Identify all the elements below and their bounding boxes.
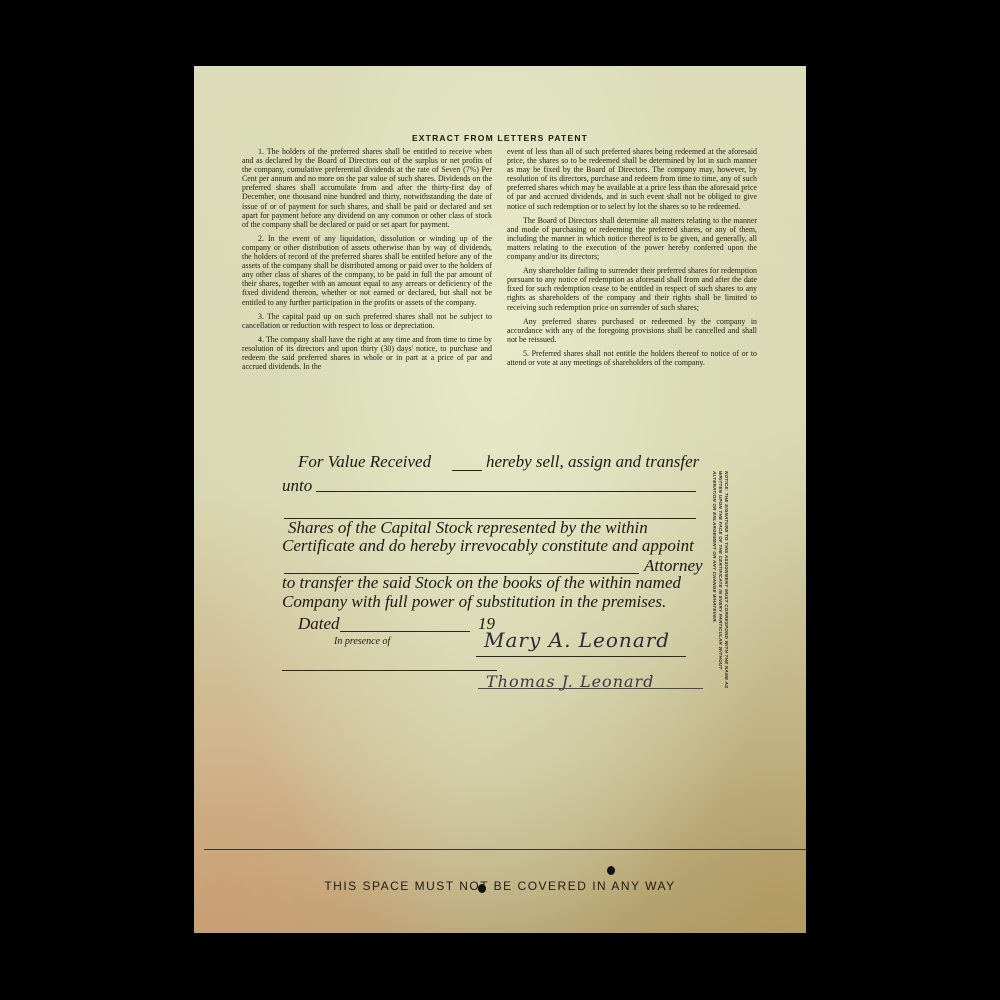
in-presence-label: In presence of [334,636,390,647]
transfer-label: to transfer the said Stock on the books … [282,573,681,593]
clause-board: The Board of Directors shall determine a… [507,216,757,261]
left-column: 1. The holders of the preferred shares s… [242,147,492,376]
clause-5: 5. Preferred shares shall not entitle th… [507,349,757,367]
document-header: EXTRACT FROM LETTERS PATENT [194,133,806,143]
date-line[interactable] [340,631,470,632]
right-column: event of less than all of such preferred… [507,147,757,372]
punch-hole [607,866,615,875]
clause-shareholder: Any shareholder failing to surrender the… [507,266,757,311]
clause-2: 2. In the event of any liquidation, diss… [242,234,492,307]
signature-underline-2 [478,688,703,689]
certificate-label: Certificate and do hereby irrevocably co… [282,536,694,556]
stock-certificate-back: EXTRACT FROM LETTERS PATENT 1. The holde… [194,66,806,933]
signature-mary-leonard: Mary A. Leonard [484,628,670,652]
clause-4-continued: event of less than all of such preferred… [507,147,757,211]
punch-hole [478,884,486,893]
assignee-line[interactable] [316,491,696,492]
signature-line[interactable] [476,656,686,657]
shares-label: Shares of the Capital Stock represented … [288,518,648,538]
clause-3: 3. The capital paid up on such preferred… [242,312,492,330]
company-label: Company with full power of substitution … [282,592,666,612]
clause-cancelled: Any preferred shares purchased or redeem… [507,317,757,344]
assignor-blank[interactable] [452,470,482,471]
bottom-notice: THIS SPACE MUST NOT BE COVERED IN ANY WA… [194,879,806,893]
unto-label: unto [282,476,312,496]
sell-assign-label: hereby sell, assign and transfer [486,452,699,472]
vertical-signature-notice: NOTICE: THE SIGNATURE TO THIS ASSIGNMENT… [703,471,729,701]
witness-line[interactable] [282,670,497,671]
clause-1: 1. The holders of the preferred shares s… [242,147,492,229]
dated-label: Dated [298,614,340,634]
for-value-received-label: For Value Received [298,452,431,472]
clause-4: 4. The company shall have the right at a… [242,335,492,371]
bottom-divider [204,849,806,850]
